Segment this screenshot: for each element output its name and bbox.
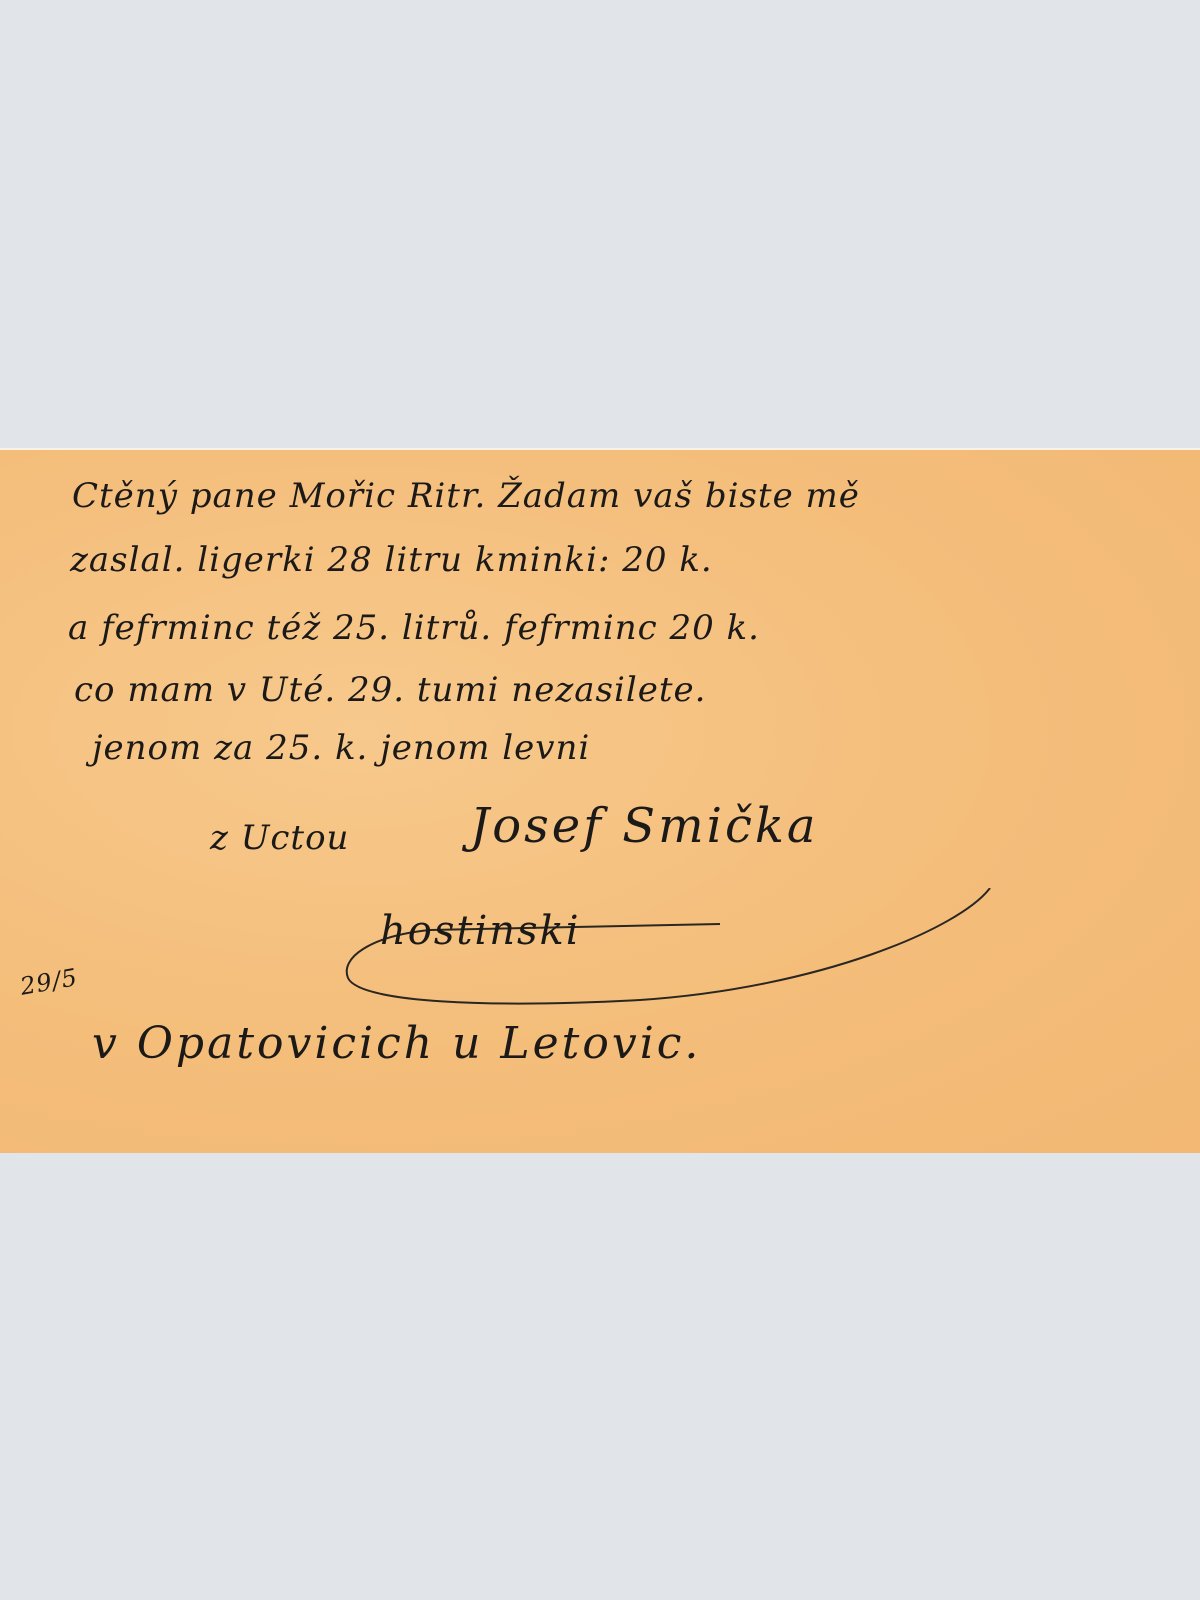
signature-title: hostinski [380,908,581,954]
postcard: Ctěný pane Mořic Ritr. Žadam vaš biste m… [0,448,1200,1153]
letter-line-2: zaslal. ligerki 28 litru kminki: 20 k. [70,540,713,580]
letter-line-4: co mam v Uté. 29. tumi nezasilete. [74,670,706,710]
place-line: v Opatovicich u Letovic. [92,1018,701,1069]
date-note: 29/5 [18,963,80,1001]
signature: Josef Smička [470,798,819,854]
letter-line-3: a fefrminc též 25. litrů. fefrminc 20 k. [68,608,760,648]
letter-line-5: jenom za 25. k. jenom levni [92,728,590,768]
closing-text: z Uctou [210,818,349,858]
letter-line-1: Ctěný pane Mořic Ritr. Žadam vaš biste m… [72,476,860,516]
